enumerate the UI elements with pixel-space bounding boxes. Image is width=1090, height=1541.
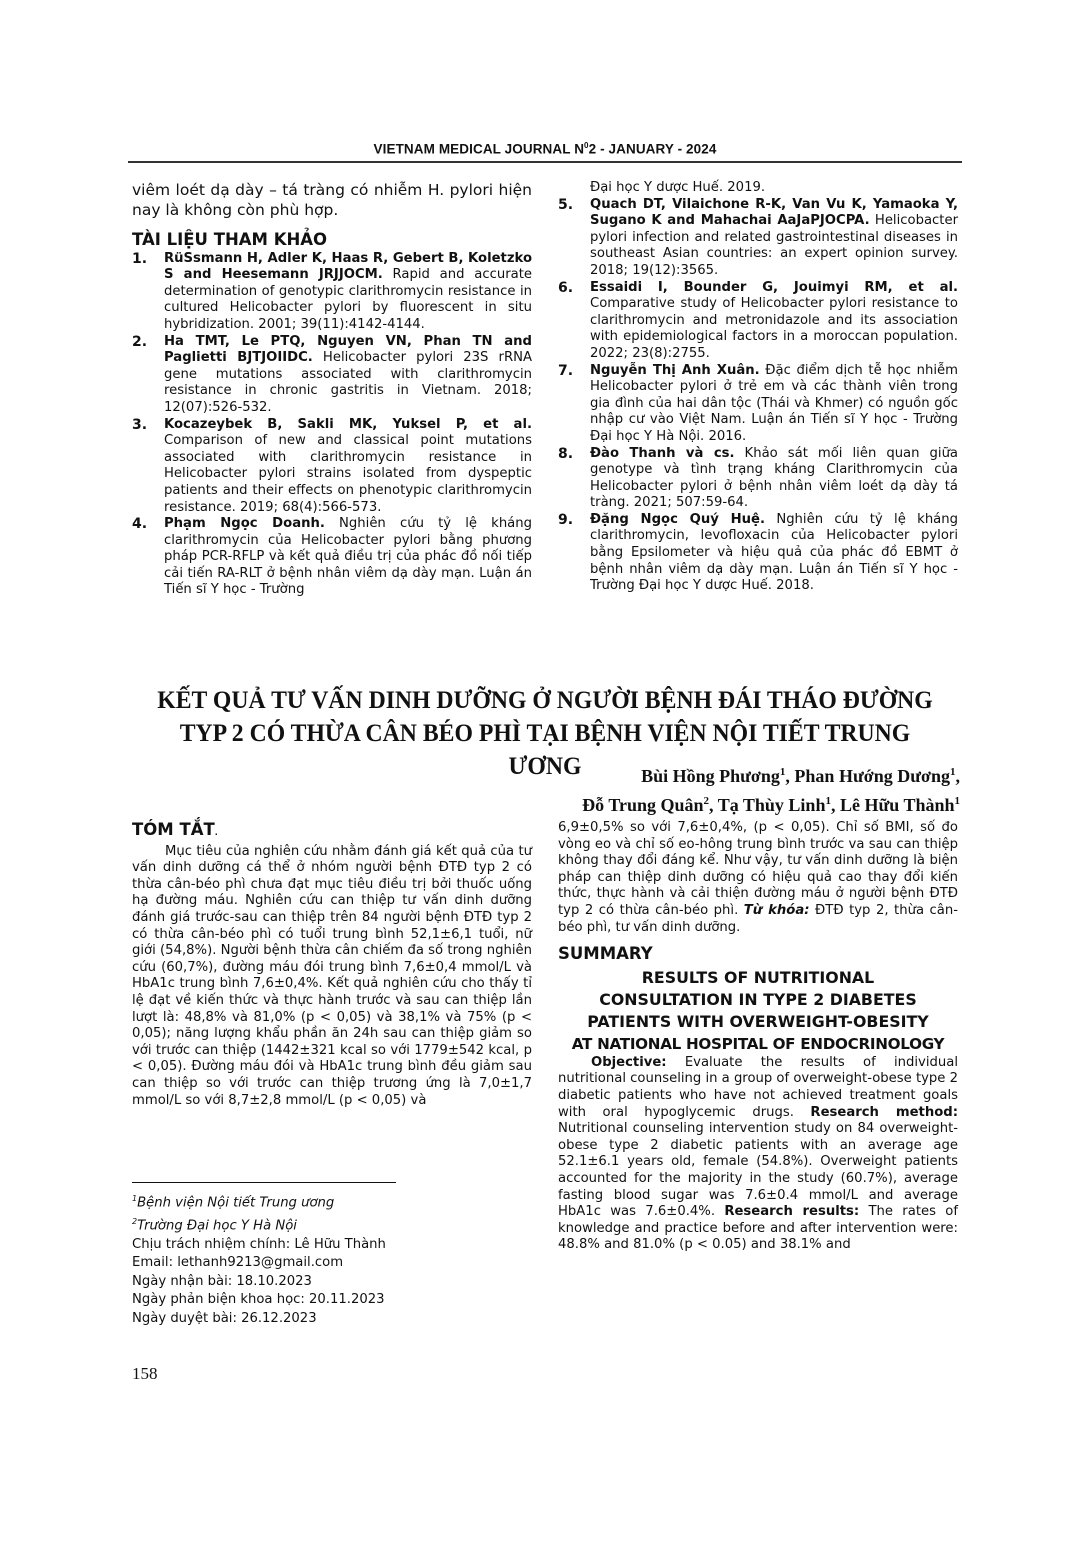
- keywords-label: Từ khóa:: [744, 903, 810, 918]
- summary-heading: SUMMARY: [558, 946, 958, 963]
- prev-article-closing-text: viêm loét dạ dày – tá tràng có nhiễm H. …: [132, 180, 532, 220]
- abstract-vi-heading-text: TÓM TẮT: [132, 820, 215, 839]
- article-title-line-1: KẾT QUẢ TƯ VẤN DINH DƯỠNG Ở NGƯỜI BỆNH Đ…: [157, 683, 933, 716]
- reference-authors: Đào Thanh và cs.: [590, 446, 735, 461]
- reference-number: 5.: [558, 197, 590, 280]
- reference-item: 2. Ha TMT, Le PTQ, Nguyen VN, Phan TN an…: [132, 334, 532, 417]
- journal-name: VIETNAM MEDICAL JOURNAL N: [374, 142, 585, 157]
- author-list: Bùi Hồng Phương1, Phan Hướng Dương1, Đỗ …: [582, 760, 960, 818]
- corresponding-author: Chịu trách nhiệm chính: Lê Hữu Thành: [132, 1236, 532, 1255]
- reference-item: 8. Đào Thanh và cs. Khảo sát mối liên qu…: [558, 446, 958, 512]
- reference-item: 5. Quach DT, Vilaichone R-K, Van Vu K, Y…: [558, 197, 958, 280]
- reviewed-date: Ngày phản biện khoa học: 20.11.2023: [132, 1291, 532, 1310]
- reference-item: 4. Phạm Ngọc Doanh. Nghiên cứu tỷ lệ khá…: [132, 516, 532, 599]
- summary-text: Objective: Evaluate the results of indiv…: [558, 1055, 958, 1254]
- author-name: Bùi Hồng Phương: [641, 766, 780, 786]
- reference-continuation: Đại học Y dược Huế. 2019.: [558, 180, 958, 197]
- results-label: Research results:: [724, 1204, 859, 1219]
- reference-authors: Kocazeybek B, Sakli MK, Yuksel P, et al.: [164, 417, 532, 432]
- reference-number: 9.: [558, 512, 590, 595]
- reference-authors: Đặng Ngọc Quý Huệ.: [590, 512, 765, 527]
- summary-title-line: AT NATIONAL HOSPITAL OF ENDOCRINOLOGY: [558, 1033, 958, 1055]
- abstract-right-column: 6,9±0,5% so với 7,6±0,4%, (p < 0,05). Ch…: [558, 820, 958, 1254]
- summary-title: RESULTS OF NUTRITIONAL CONSULTATION IN T…: [558, 967, 958, 1055]
- author-name: Đỗ Trung Quân: [582, 795, 703, 815]
- footnotes: 1Bệnh viện Nội tiết Trung ương 2Trường Đ…: [132, 1190, 532, 1328]
- author-name: Phan Hướng Dương: [794, 766, 950, 786]
- heading-dot: .: [215, 828, 218, 837]
- abstract-vi-continuation: 6,9±0,5% so với 7,6±0,4%, (p < 0,05). Ch…: [558, 820, 958, 936]
- references-heading: TÀI LIỆU THAM KHẢO: [132, 232, 532, 249]
- method-label: Research method:: [810, 1105, 958, 1120]
- affiliation-text: Bệnh viện Nội tiết Trung ương: [137, 1195, 334, 1210]
- summary-title-line: RESULTS OF NUTRITIONAL: [558, 967, 958, 989]
- reference-number: 6.: [558, 280, 590, 363]
- affiliation-text: Trường Đại học Y Hà Nội: [137, 1218, 297, 1233]
- page-number: 158: [132, 1364, 158, 1384]
- reference-authors: Nguyễn Thị Anh Xuân.: [590, 363, 760, 378]
- reference-item: 7. Nguyễn Thị Anh Xuân. Đặc điểm dịch tễ…: [558, 363, 958, 446]
- summary-title-line: CONSULTATION IN TYPE 2 DIABETES: [558, 989, 958, 1011]
- reference-number: 1.: [132, 251, 164, 334]
- reference-number: 7.: [558, 363, 590, 446]
- reference-authors: Phạm Ngọc Doanh.: [164, 516, 325, 531]
- author-name: Lê Hữu Thành: [840, 795, 955, 815]
- author-separator: ,: [709, 795, 718, 815]
- affiliation-1: 1Bệnh viện Nội tiết Trung ương: [132, 1190, 532, 1213]
- issue-date: 2 - JANUARY - 2024: [589, 142, 717, 157]
- accepted-date: Ngày duyệt bài: 26.12.2023: [132, 1310, 532, 1329]
- affiliation-2: 2Trường Đại học Y Hà Nội: [132, 1213, 532, 1236]
- prev-article-left-column: viêm loét dạ dày – tá tràng có nhiễm H. …: [132, 180, 532, 599]
- reference-number: 8.: [558, 446, 590, 512]
- reference-number: 4.: [132, 516, 164, 599]
- prev-article-right-column: Đại học Y dược Huế. 2019. 5. Quach DT, V…: [558, 180, 958, 595]
- reference-item: 1. RüSsmann H, Adler K, Haas R, Gebert B…: [132, 251, 532, 334]
- abstract-vi-left-column: TÓM TẮT. Mục tiêu của nghiên cứu nhằm đá…: [132, 822, 532, 1109]
- objective-label: Objective:: [591, 1055, 667, 1070]
- summary-title-line: PATIENTS WITH OVERWEIGHT-OBESITY: [558, 1011, 958, 1033]
- author-separator: ,: [831, 795, 840, 815]
- reference-authors: Essaidi I, Bounder G, Jouimyi RM, et al.: [590, 280, 958, 295]
- reference-item: 3. Kocazeybek B, Sakli MK, Yuksel P, et …: [132, 417, 532, 517]
- author-name: Tạ Thùy Linh: [718, 795, 826, 815]
- received-date: Ngày nhận bài: 18.10.2023: [132, 1273, 532, 1292]
- header-divider: [128, 161, 962, 163]
- running-header: VIETNAM MEDICAL JOURNAL N02 - JANUARY - …: [128, 141, 962, 157]
- abstract-vi-heading: TÓM TẮT.: [132, 822, 532, 842]
- reference-text: Comparative study of Helicobacter pylori…: [590, 296, 958, 361]
- reference-item: 6. Essaidi I, Bounder G, Jouimyi RM, et …: [558, 280, 958, 363]
- reference-number: 3.: [132, 417, 164, 517]
- author-affiliation-mark: 1: [955, 795, 961, 807]
- footnote-divider: [132, 1182, 396, 1183]
- reference-number: 2.: [132, 334, 164, 417]
- abstract-vi-text: Mục tiêu của nghiên cứu nhằm đánh giá kế…: [132, 844, 532, 1110]
- author-separator: ,: [956, 766, 961, 786]
- reference-text: Comparison of new and classical point mu…: [164, 433, 532, 514]
- reference-item: 9. Đặng Ngọc Quý Huệ. Nghiên cứu tỷ lệ k…: [558, 512, 958, 595]
- email: Email: lethanh9213@gmail.com: [132, 1254, 532, 1273]
